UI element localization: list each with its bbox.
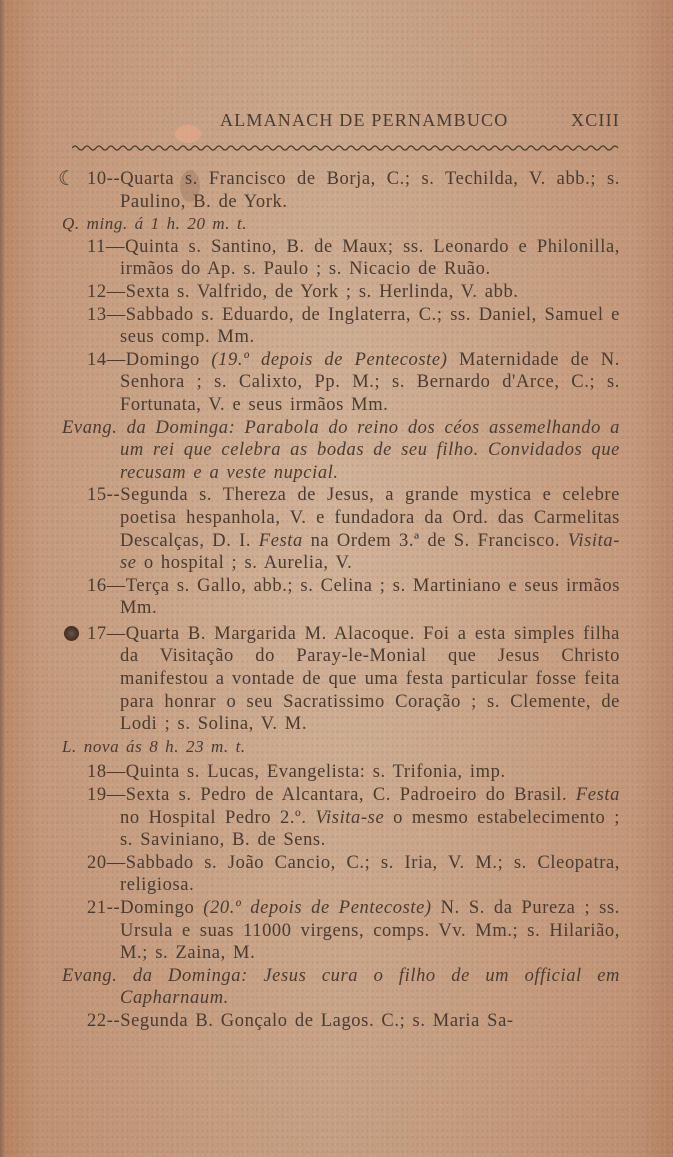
entry-day-11: 11—Quinta s. Santino, B. de Maux; ss. Le… <box>60 236 620 281</box>
entry-day-16: 16—Terça s. Gallo, abb.; s. Celina ; s. … <box>60 575 620 620</box>
entry-day-10: ☾ 10--Quarta s. Francisco de Borja, C.; … <box>60 168 620 213</box>
entry-text: B. Margarida M. Alacoque. Foi a esta sim… <box>120 624 620 734</box>
entry-text: s. Gallo, abb.; s. Celina ; s. Martinian… <box>120 576 620 619</box>
entry-day-22: 22--Segunda B. Gonçalo de Lagos. C.; s. … <box>60 1010 620 1033</box>
entry-day-20: 20—Sabbado s. João Cancio, C.; s. Iria, … <box>60 852 620 897</box>
day-label: 10--Quarta <box>87 169 174 189</box>
visit-label: Visita-se <box>316 808 385 828</box>
running-header: ALMANACH DE PERNAMBUCO XCIII <box>60 110 620 134</box>
entry-text: s. Santino, B. de Maux; ss. Leonardo e P… <box>120 237 620 280</box>
crescent-moon-icon: ☾ <box>58 168 82 191</box>
entry-day-21: 21--Domingo (20.º depois de Pentecoste) … <box>60 897 620 965</box>
entry-text: s. Eduardo, de Inglaterra, C.; ss. Danie… <box>120 305 620 348</box>
day-label: 16—Terça <box>87 576 170 596</box>
day-label: 22--Segunda <box>87 1011 188 1031</box>
wavy-rule <box>72 142 620 154</box>
entry-text: na Ordem 3.ª de S. Francisco. <box>303 531 568 551</box>
entry-text: s. Valfrido, de York ; s. Herlinda, V. a… <box>170 282 519 302</box>
moon-phase-note: L. nova ás 8 h. 23 m. t. <box>60 736 620 759</box>
day-label: 19—Sexta <box>87 785 170 805</box>
moon-phase-note: Q. ming. á 1 h. 20 m. t. <box>60 213 620 236</box>
day-label: 20—Sabbado <box>87 853 194 873</box>
entry-text: s. Francisco de Borja, C.; s. Techilda, … <box>120 169 620 212</box>
day-label: 11—Quinta <box>87 237 179 257</box>
day-label: 12—Sexta <box>87 282 170 302</box>
entry-text: s. João Cancio, C.; s. Iria, V. M.; s. C… <box>120 853 620 896</box>
feast-label: Festa <box>576 785 620 805</box>
page-number: XCIII <box>571 110 620 131</box>
entry-text: s. Pedro de Alcantara, C. Padroeiro do B… <box>170 785 576 805</box>
almanac-page: ALMANACH DE PERNAMBUCO XCIII ☾ 10--Quart… <box>0 0 673 1157</box>
entry-text: B. Gonçalo de Lagos. C.; s. Maria Sa- <box>188 1011 514 1031</box>
day-label: 14—Domingo <box>87 350 200 370</box>
day-label: 18—Quinta <box>87 762 180 782</box>
calendar-entries: ☾ 10--Quarta s. Francisco de Borja, C.; … <box>60 168 620 1033</box>
day-label: 17—Quarta <box>87 624 180 644</box>
entry-day-15: 15--Segunda s. Thereza de Jesus, a grand… <box>60 484 620 574</box>
feast-label: Festa <box>259 531 303 551</box>
entry-day-17: 17—Quarta B. Margarida M. Alacoque. Foi … <box>60 623 620 736</box>
day-label: 15--Segunda <box>87 485 188 505</box>
gospel-note: Evang. da Dominga: Parabola do reino dos… <box>60 417 620 485</box>
day-label: 13—Sabbado <box>87 305 194 325</box>
entry-text: s. Lucas, Evangelista: s. Trifonia, imp. <box>180 762 506 782</box>
page-title: ALMANACH DE PERNAMBUCO <box>220 110 508 131</box>
entry-text: no Hospital Pedro 2.º. <box>120 808 316 828</box>
entry-day-14: 14—Domingo (19.º depois de Pentecoste) M… <box>60 349 620 417</box>
day-label: 21--Domingo <box>87 898 194 918</box>
entry-day-13: 13—Sabbado s. Eduardo, de Inglaterra, C.… <box>60 304 620 349</box>
entry-day-12: 12—Sexta s. Valfrido, de York ; s. Herli… <box>60 281 620 304</box>
sunday-note: (19.º depois de Pentecoste) <box>211 350 447 370</box>
page-edge-shadow <box>0 0 5 1157</box>
sunday-note: (20.º depois de Pentecoste) <box>203 898 431 918</box>
entry-day-18: 18—Quinta s. Lucas, Evangelista: s. Trif… <box>60 761 620 784</box>
entry-day-19: 19—Sexta s. Pedro de Alcantara, C. Padro… <box>60 784 620 852</box>
gospel-note: Evang. da Dominga: Jesus cura o filho de… <box>60 965 620 1010</box>
new-moon-icon <box>64 626 79 641</box>
entry-text: o hospital ; s. Aurelia, V. <box>137 553 353 573</box>
